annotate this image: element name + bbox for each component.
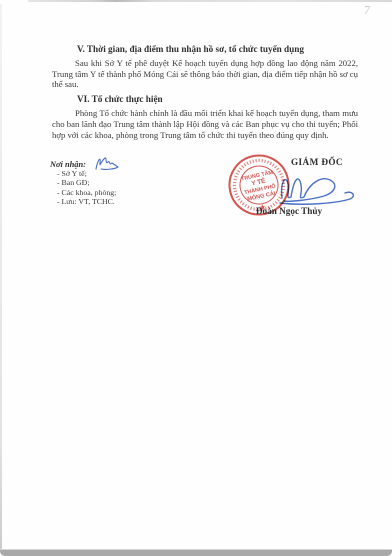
section-vi-heading: VI. Tổ chức thực hiện	[77, 94, 358, 105]
recipient-item: - Lưu: VT, TCHC.	[57, 197, 180, 206]
signer-name: Đoàn Ngọc Thủy	[229, 206, 349, 216]
recipient-item: - Các khoa, phòng;	[57, 188, 180, 197]
recipient-item: - Ban GĐ;	[57, 178, 180, 187]
document-body: V. Thời gian, địa điểm thu nhận hồ sơ, t…	[52, 44, 358, 144]
section-v-paragraph: Sau khi Sở Y tế phê duyệt Kế hoạch tuyển…	[52, 58, 358, 90]
scanned-document-page: 7 V. Thời gian, địa điểm thu nhận hồ sơ,…	[0, 0, 392, 556]
scan-edge-bottom	[0, 550, 392, 556]
section-vi-paragraph: Phòng Tổ chức hành chính là đầu mối triể…	[52, 108, 358, 140]
scan-edge-top	[28, 0, 392, 2]
scan-edge-left	[0, 4, 2, 550]
page-number: 7	[363, 3, 371, 19]
handwritten-initials-icon	[92, 154, 126, 176]
handwritten-signature	[260, 170, 360, 210]
section-v-heading: V. Thời gian, địa điểm thu nhận hồ sơ, t…	[77, 44, 358, 55]
